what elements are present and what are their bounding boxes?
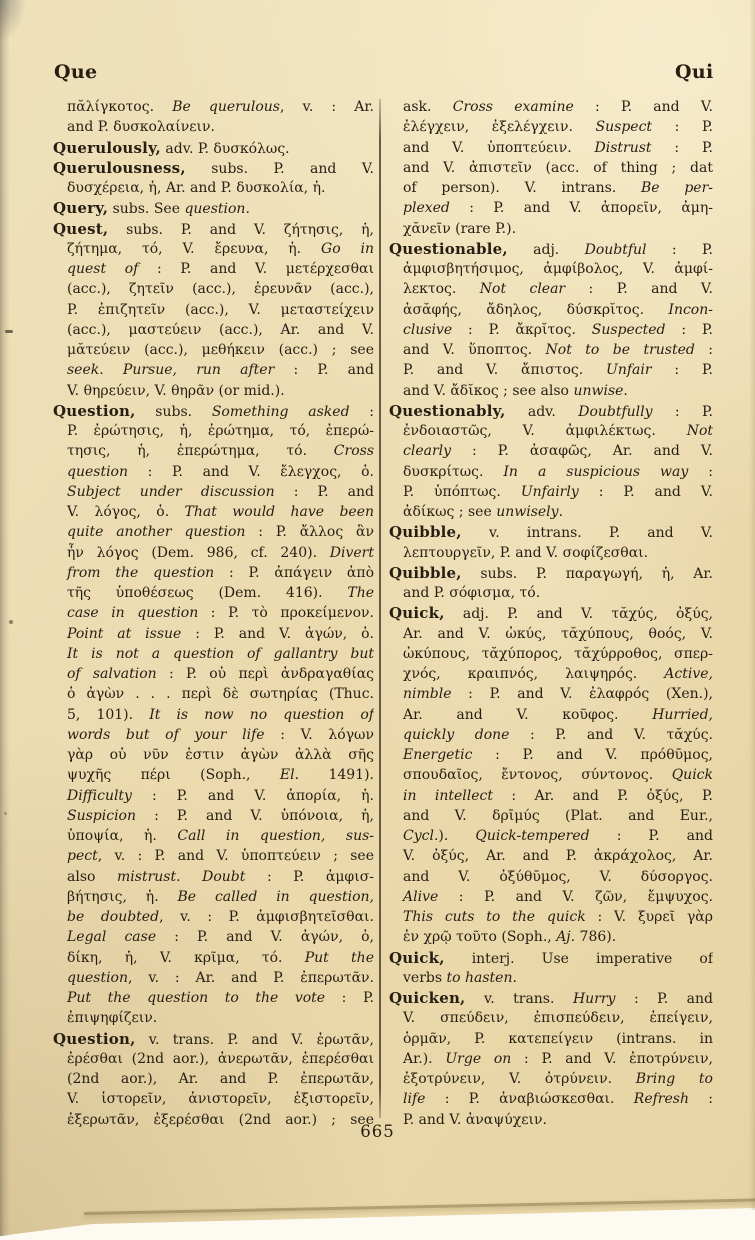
dictionary-line: from the question : P. ἀπάγειν ἀπὸ (53, 563, 374, 583)
dictionary-line: Ar.). Urge on : P. and V. ἐποτρύνειν, (389, 1049, 713, 1069)
running-head-right: Qui (675, 61, 713, 83)
dictionary-line: (acc.), ζητεῖν (acc.), ἐρευνᾶν (acc.), (53, 279, 374, 299)
dictionary-line: Suspicion : P. and V. ὑπόνοια, ἡ, (53, 806, 374, 826)
page-number: 665 (0, 1122, 755, 1141)
dictionary-line: ὁ ἀγὼν . . . περὶ δὲ σωτηρίας (Thuc. (53, 684, 374, 704)
dictionary-line: ψυχῆς πέρι (Soph., El. 1491). (53, 765, 374, 785)
dictionary-line: be doubted, v. : P. ἀμφισβητεῖσθαι. (53, 907, 374, 927)
dictionary-line: λεκτος. Not clear : P. and V. (389, 279, 713, 299)
dictionary-line: of salvation : P. οὐ περὶ ἀνδραγαθίας (53, 664, 374, 684)
dictionary-line: words but of your life : V. λόγων (53, 725, 374, 745)
dictionary-line: nimble : P. and V. ἐλαφρός (Xen.), (389, 684, 713, 704)
dictionary-line: τῆς ὑποθέσεως (Dem. 416). The (53, 583, 374, 603)
dictionary-line: and V. ἄδῐκος ; see also unwise. (389, 381, 713, 401)
dictionary-line: Question, v. trans. P. and V. ἐρωτᾶν, (53, 1029, 374, 1049)
dictionary-line: and P. δυσκολαίνειν. (53, 117, 374, 137)
dictionary-line: Quicken, v. trans. Hurry : P. and (389, 988, 713, 1008)
dictionary-line: ζήτημα, τό, V. ἔρευνα, ἡ. Go in (53, 239, 374, 259)
dictionary-line: and P. σόφισμα, τό. (389, 583, 713, 603)
dictionary-line: P. ὑπόπτως. Unfairly : P. and V. (389, 482, 713, 502)
dictionary-line: 5, 101). It is now no question of (53, 705, 374, 725)
scan-speck (9, 620, 13, 624)
dictionary-line: ἀσᾰφής, ἄδηλος, δύσκρῐτος. Incon- (389, 300, 713, 320)
dictionary-line: Difficulty : P. and V. ἀπορία, ἡ. (53, 786, 374, 806)
dictionary-line: Cycl.). Quick-tempered : P. and (389, 826, 713, 846)
dictionary-line: Question, subs. Something asked : (53, 401, 374, 421)
scan-speck (5, 330, 13, 333)
dictionary-line: quickly done : P. and V. τᾰχύς. (389, 725, 713, 745)
dictionary-line: μᾰτεύειν (acc.), μεθήκειν (acc.) ; see (53, 340, 374, 360)
dictionary-line: ἐν χρῷ τοῦτο (Soph., Aj. 786). (389, 927, 713, 947)
dictionary-line: plexed : P. and V. ἀπορεῖν, ἀμη- (389, 198, 713, 218)
dictionary-line: ἐξοτρύνειν, V. ὀτρύνειν. Bring to (389, 1069, 713, 1089)
column-divider (379, 99, 381, 1118)
dictionary-line: V. θηρεύειν, V. θηρᾶν (or mid.). (53, 381, 374, 401)
dictionary-line: ἐρέσθαι (2nd aor.), ἀνερωτᾶν, ἐπερέσθαι (53, 1049, 374, 1069)
dictionary-line: ὑποψία, ἡ. Call in question, sus- (53, 826, 374, 846)
left-column: πᾰλίγκοτος. Be querulous, v. : Ar.and P.… (53, 97, 374, 1130)
dictionary-line: ὠκύπους, τᾰχύπορος, τᾰχύρροθος, σπερ- (389, 644, 713, 664)
dictionary-line: Ar. and V. ὠκύς, τᾰχύπους, θοός, V. (389, 624, 713, 644)
dictionary-line: quest of : P. and V. μετέρχεσθαι (53, 259, 374, 279)
scan-speck (4, 812, 7, 815)
dictionary-line: case in question : P. τὸ προκείμενον. (53, 603, 374, 623)
dictionary-line: of person). V. intrans. Be per- (389, 178, 713, 198)
running-head-left: Que (54, 61, 97, 83)
right-column: ask. Cross examine : P. and V.ἐλέγχειν, … (389, 97, 713, 1130)
dictionary-line: δυσχέρεια, ἡ, Ar. and P. δυσκολία, ἡ. (53, 178, 374, 198)
dictionary-line: Quest, subs. P. and V. ζήτησις, ἡ, (53, 219, 374, 239)
dictionary-line: (acc.), μαστεύειν (acc.), Ar. and V. (53, 320, 374, 340)
dictionary-line: also mistrust. Doubt : P. ἀμφισ- (53, 867, 374, 887)
dictionary-line: Quibble, subs. P. παραγωγή, ἡ, Ar. (389, 563, 713, 583)
dictionary-line: λεπτουργεῖν, P. and V. σοφίζεσθαι. (389, 543, 713, 563)
dictionary-line: Legal case : P. and V. ἀγών, ὁ, (53, 927, 374, 947)
dictionary-line: Ar. and V. κοῦφος. Hurried, (389, 705, 713, 725)
dictionary-line: P. ἐπιζητεῖν (acc.), V. μεταστείχειν (53, 300, 374, 320)
dictionary-line: Subject under discussion : P. and (53, 482, 374, 502)
dictionary-line: P. and V. ἄπιστος. Unfair : P. (389, 360, 713, 380)
dictionary-line: V. ἱστορεῖν, ἀνιστορεῖν, ἐξιστορεῖν, (53, 1089, 374, 1109)
dictionary-line: Quick, adj. P. and V. τᾰχύς, ὀξύς, (389, 603, 713, 623)
dictionary-line: χνός, κραιπνός, λαιψηρός. Active, (389, 664, 713, 684)
dictionary-line: (2nd aor.), Ar. and P. ἐπερωτᾶν, (53, 1069, 374, 1089)
dictionary-line: V. ὀξύς, Ar. and P. ἀκράχολος, Ar. (389, 846, 713, 866)
dictionary-line: V. σπεύδειν, ἐπισπεύδειν, ἐπείγειν, (389, 1008, 713, 1028)
dictionary-line: seek. Pursue, run after : P. and (53, 360, 374, 380)
dictionary-line: pect, v. : P. and V. ὑποπτεύειν ; see (53, 846, 374, 866)
dictionary-line: This cuts to the quick : V. ξυρεῖ γὰρ (389, 907, 713, 927)
dictionary-line: βήτησις, ἡ. Be called in question, (53, 887, 374, 907)
dictionary-line: Questionably, adv. Doubtfully : P. (389, 401, 713, 421)
dictionary-line: life : P. ἀναβιώσκεσθαι. Refresh : (389, 1089, 713, 1109)
dictionary-line: V. λόγος, ὁ. That would have been (53, 502, 374, 522)
dictionary-line: Query, subs. See question. (53, 198, 374, 218)
dictionary-line: ἀμφισβητήσιμος, ἀμφίβολος, V. ἀμφί- (389, 259, 713, 279)
dictionary-line: clusive : P. ἄκρῐτος. Suspected : P. (389, 320, 713, 340)
dictionary-line: χᾰνεῖν (rare P.). (389, 219, 713, 239)
dictionary-line: Alive : P. and V. ζῶν, ἔμψυχος. (389, 887, 713, 907)
dictionary-line: Put the question to the vote : P. (53, 988, 374, 1008)
dictionary-line: τησις, ἡ, ἐπερώτημα, τό. Cross (53, 441, 374, 461)
dictionary-line: δίκη, ἡ, V. κρῖμα, τό. Put the (53, 948, 374, 968)
dictionary-line: Point at issue : P. and V. ἀγών, ὁ. (53, 624, 374, 644)
dictionary-line: πᾰλίγκοτος. Be querulous, v. : Ar. (53, 97, 374, 117)
dictionary-line: question : P. and V. ἔλεγχος, ὁ. (53, 462, 374, 482)
dictionary-line: ὁρμᾶν, P. κατεπείγειν (intrans. in (389, 1029, 713, 1049)
page-left-edge (0, 0, 10, 1236)
dictionary-line: and V. ὑποπτεύειν. Distrust : P. (389, 138, 713, 158)
dictionary-line: question, v. : Ar. and P. ἐπερωτᾶν. (53, 968, 374, 988)
dictionary-line: and V. ὕποπτος. Not to be trusted : (389, 340, 713, 360)
dictionary-line: and V. ἀπιστεῖν (acc. of thing ; dat (389, 158, 713, 178)
dictionary-line: quite another question : P. ἄλλος ἂν (53, 522, 374, 542)
dictionary-line: ἐπιψηφίζειν. (53, 1008, 374, 1028)
dictionary-line: Questionable, adj. Doubtful : P. (389, 239, 713, 259)
dictionary-line: Energetic : P. and V. πρόθῡμος, (389, 745, 713, 765)
dictionary-line: ἀδίκως ; see unwisely. (389, 502, 713, 522)
dictionary-line: Querulously, adv. P. δυσκόλως. (53, 138, 374, 158)
dictionary-line: verbs to hasten. (389, 968, 713, 988)
dictionary-line: Quibble, v. intrans. P. and V. (389, 522, 713, 542)
page-right-edge (749, 0, 755, 1210)
corner-shadow (0, 0, 28, 58)
dictionary-line: ἐλέγχειν, ἐξελέγχειν. Suspect : P. (389, 117, 713, 137)
dictionary-line: clearly : P. ἀσαφῶς, Ar. and V. (389, 441, 713, 461)
dictionary-line: ἦν λόγος (Dem. 986, cf. 240). Divert (53, 543, 374, 563)
dictionary-line: γὰρ οὐ νῦν ἐστιν ἀγὼν ἀλλὰ σῆς (53, 745, 374, 765)
dictionary-line: ask. Cross examine : P. and V. (389, 97, 713, 117)
dictionary-line: and V. δρῑμύς (Plat. and Eur., (389, 806, 713, 826)
scanned-page: Que Qui πᾰλίγκοτος. Be querulous, v. : A… (0, 0, 755, 1240)
dictionary-line: σπουδαῖος, ἔντονος, σύντονος. Quick (389, 765, 713, 785)
dictionary-line: ἐνδοιαστῶς, V. ἀμφιλέκτως. Not (389, 421, 713, 441)
dictionary-line: Quick, interj. Use imperative of (389, 948, 713, 968)
dictionary-line: δυσκρίτως. In a suspicious way : (389, 462, 713, 482)
dictionary-line: and V. ὀξύθῡμος, V. δύσοργος. (389, 867, 713, 887)
dictionary-line: in intellect : Ar. and P. ὀξύς, P. (389, 786, 713, 806)
dictionary-line: P. ἐρώτησις, ἡ, ἐρώτημα, τό, ἐπερώ- (53, 421, 374, 441)
dictionary-line: Querulousness, subs. P. and V. (53, 158, 374, 178)
dictionary-line: It is not a question of gallantry but (53, 644, 374, 664)
